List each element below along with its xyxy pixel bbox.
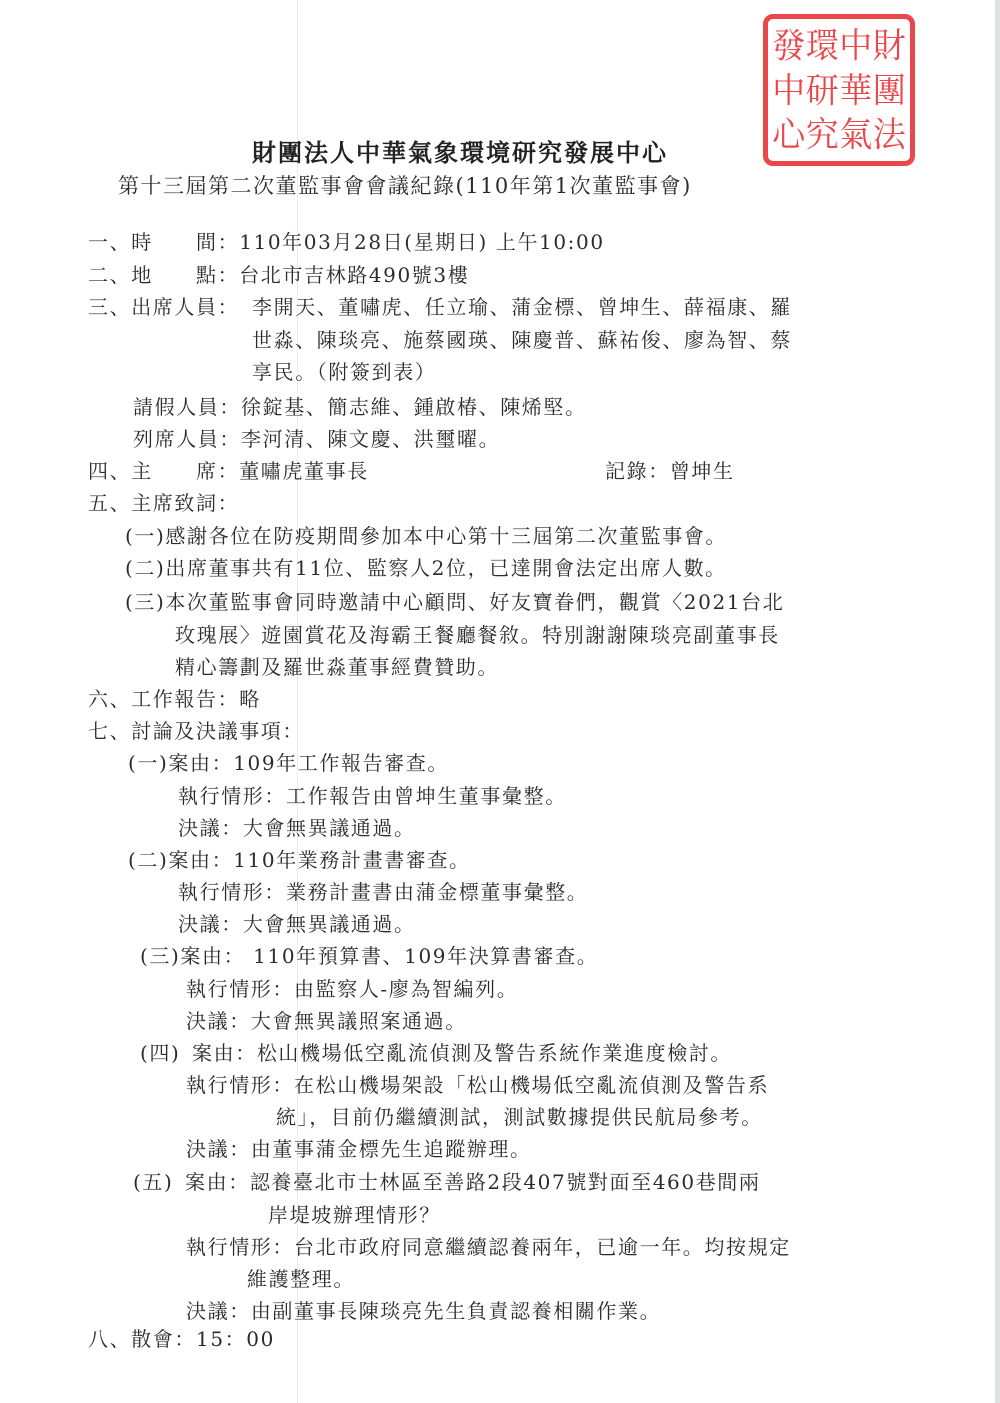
case-subject-label: 案由： [192, 1041, 257, 1065]
remark-number: (三) [125, 590, 165, 614]
seal-char: 發 [772, 22, 806, 69]
meeting-place: 二、地 點：台北市吉林路490號3樓 [88, 260, 469, 290]
case-number: (五) [133, 1170, 173, 1194]
document-subtitle: 第十三屆第二次董監事會會議紀錄(110年第1次董監事會) [118, 170, 692, 200]
case-resolution: 決議：由董事蒲金標先生追蹤辦理。 [186, 1134, 532, 1164]
chairperson: 四、主 席：董嘯虎董事長 [88, 456, 369, 486]
attendees-line: 李開天、董嘯虎、任立瑜、蒲金標、曾坤生、薛福康、羅 [252, 292, 792, 322]
remark-point: (三)本次董監事會同時邀請中心顧問、好友寶眷們，觀賞〈2021台北 [125, 587, 784, 617]
time-label: 一、時 間： [88, 227, 239, 257]
remark-number: (一) [125, 524, 165, 548]
case-status-continued: 維護整理。 [247, 1264, 355, 1294]
case-subject: (一)案由：109年工作報告審查。 [128, 748, 449, 778]
case-resolution: 決議：大會無異議照案通過。 [186, 1006, 467, 1036]
case-status: 執行情形：在松山機場架設「松山機場低空亂流偵測及警告系 [186, 1070, 769, 1100]
document-title: 財團法人中華氣象環境研究發展中心 [0, 133, 920, 168]
case-subject: (三)案由： 110年預算書、109年決算書審查。 [140, 941, 598, 971]
remark-point: (二)出席董事共有11位、監察人2位，已達開會法定出席人數。 [125, 553, 727, 583]
attendees-label: 三、出席人員： [88, 292, 239, 322]
case-status: 執行情形：業務計畫書由蒲金標董事彙整。 [178, 877, 588, 907]
remark-text: 感謝各位在防疫期間參加本中心第十三屆第二次董監事會。 [165, 524, 727, 548]
observers-value: 李河清、陳文慶、洪璽曜。 [241, 427, 500, 451]
case-status-continued: 統」，目前仍繼續測試，測試數據提供民航局參考。 [276, 1102, 763, 1132]
case-resolution: 決議：大會無異議通過。 [178, 909, 416, 939]
case-subject: (五) 案由：認養臺北市士林區至善路2段407號對面至460巷間兩 [133, 1167, 761, 1197]
case-status-text: 工作報告由曾坤生董事彙整。 [286, 784, 567, 808]
case-status-label: 執行情形： [178, 880, 286, 904]
case-resolution-label: 決議： [186, 1299, 251, 1323]
seal-char: 財 [873, 22, 907, 69]
discussion-label: 七、討論及決議事項： [88, 716, 304, 746]
work-report: 六、工作報告：略 [88, 684, 261, 714]
case-subject: (二)案由：110年業務計畫書審查。 [128, 845, 471, 875]
case-resolution-text: 由副董事長陳琰亮先生負責認養相關作業。 [251, 1299, 661, 1323]
observers-label: 列席人員： [133, 424, 241, 454]
case-number: (二) [128, 848, 168, 872]
adjournment: 八、散會：15：00 [88, 1324, 275, 1354]
case-subject-text: 109年工作報告審查。 [233, 751, 449, 775]
seal-char: 團 [873, 67, 907, 114]
report-label: 六、工作報告： [88, 687, 239, 711]
case-status-label: 執行情形： [186, 977, 294, 1001]
remark-text-continued: 玫瑰展〉遊園賞花及海霸王餐廳餐敘。特別謝謝陳琰亮副董事長 [175, 620, 780, 650]
recorder: 記錄：曾坤生 [605, 456, 735, 486]
absent-label: 請假人員： [133, 392, 241, 422]
scan-page-edge [995, 0, 1000, 1403]
seal-char: 環 [806, 22, 840, 69]
place-label: 二、地 點： [88, 260, 239, 290]
report-value: 略 [239, 687, 261, 711]
chair-value: 董嘯虎董事長 [239, 459, 369, 483]
case-resolution-label: 決議： [178, 912, 243, 936]
seal-char: 中 [839, 22, 873, 69]
case-resolution-label: 決議： [186, 1009, 251, 1033]
case-resolution-text: 大會無異議通過。 [243, 912, 416, 936]
case-subject-label: 案由： [168, 848, 233, 872]
case-resolution-label: 決議： [186, 1137, 251, 1161]
case-subject-text: 110年業務計畫書審查。 [233, 848, 470, 872]
case-resolution-label: 決議： [178, 816, 243, 840]
recorder-label: 記錄： [605, 459, 670, 483]
case-status-text: 由監察人-廖為智編列。 [294, 977, 518, 1001]
case-subject-text: 松山機場低空亂流偵測及警告系統作業進度檢討。 [257, 1041, 732, 1065]
attendees-line: 享民。（附簽到表） [252, 357, 436, 387]
remark-text: 出席董事共有11位、監察人2位，已達開會法定出席人數。 [165, 556, 726, 580]
case-subject: (四) 案由：松山機場低空亂流偵測及警告系統作業進度檢討。 [140, 1038, 732, 1068]
case-resolution: 決議：大會無異議通過。 [178, 813, 416, 843]
remark-text-continued: 精心籌劃及羅世淼董事經費贊助。 [175, 652, 499, 682]
case-subject-text: 110年預算書、109年決算書審查。 [245, 944, 598, 968]
place-value: 台北市吉林路490號3樓 [239, 263, 469, 287]
case-status: 執行情形：由監察人-廖為智編列。 [186, 974, 518, 1004]
case-status-label: 執行情形： [186, 1073, 294, 1097]
case-number: (四) [140, 1041, 180, 1065]
meeting-time: 一、時 間：110年03月28日(星期日) 上午10:00 [88, 227, 605, 257]
case-status-text: 在松山機場架設「松山機場低空亂流偵測及警告系 [294, 1073, 769, 1097]
remark-number: (二) [125, 556, 165, 580]
case-status: 執行情形：台北市政府同意繼續認養兩年，已逾一年。均按規定 [186, 1232, 791, 1262]
case-resolution-text: 大會無異議通過。 [243, 816, 416, 840]
case-number: (一) [128, 751, 168, 775]
document-page: 財 團 法 中 華 氣 環 研 究 發 中 心 財團法人中華氣象環境研究發展中心… [0, 0, 1000, 1403]
case-subject-continued: 岸堤坡辦理情形？ [268, 1200, 441, 1230]
absent-value: 徐錠基、簡志維、鍾啟椿、陳烯堅。 [241, 395, 587, 419]
chair-label: 四、主 席： [88, 456, 239, 486]
case-status: 執行情形：工作報告由曾坤生董事彙整。 [178, 781, 567, 811]
case-subject-text: 認養臺北市士林區至善路2段407號對面至460巷間兩 [250, 1170, 761, 1194]
case-resolution-text: 由董事蒲金標先生追蹤辦理。 [251, 1137, 532, 1161]
observer-members: 列席人員：李河清、陳文慶、洪璽曜。 [133, 424, 500, 454]
remark-text: 本次董監事會同時邀請中心顧問、好友寶眷們，觀賞〈2021台北 [165, 590, 784, 614]
time-value: 110年03月28日(星期日) 上午10:00 [239, 230, 604, 254]
case-subject-label: 案由： [185, 1170, 250, 1194]
case-subject-label: 案由： [180, 944, 245, 968]
seal-char: 研 [806, 67, 840, 114]
chair-remarks-label: 五、主席致詞： [88, 488, 239, 518]
case-resolution-text: 大會無異議照案通過。 [251, 1009, 467, 1033]
recorder-value: 曾坤生 [670, 459, 735, 483]
adjourn-value: 15：00 [196, 1327, 275, 1351]
case-subject-label: 案由： [168, 751, 233, 775]
case-status-label: 執行情形： [186, 1235, 294, 1259]
case-status-text: 業務計畫書由蒲金標董事彙整。 [286, 880, 588, 904]
case-number: (三) [140, 944, 180, 968]
absent-members: 請假人員：徐錠基、簡志維、鍾啟椿、陳烯堅。 [133, 392, 587, 422]
case-status-label: 執行情形： [178, 784, 286, 808]
seal-char: 中 [772, 67, 806, 114]
adjourn-label: 八、散會： [88, 1327, 196, 1351]
case-status-text: 台北市政府同意繼續認養兩年，已逾一年。均按規定 [294, 1235, 791, 1259]
case-resolution: 決議：由副董事長陳琰亮先生負責認養相關作業。 [186, 1296, 661, 1326]
attendees-line: 世淼、陳琰亮、施蔡國瑛、陳慶普、蘇祐俊、廖為智、蔡 [252, 325, 792, 355]
seal-char: 華 [839, 67, 873, 114]
remark-point: (一)感謝各位在防疫期間參加本中心第十三屆第二次董監事會。 [125, 521, 727, 551]
